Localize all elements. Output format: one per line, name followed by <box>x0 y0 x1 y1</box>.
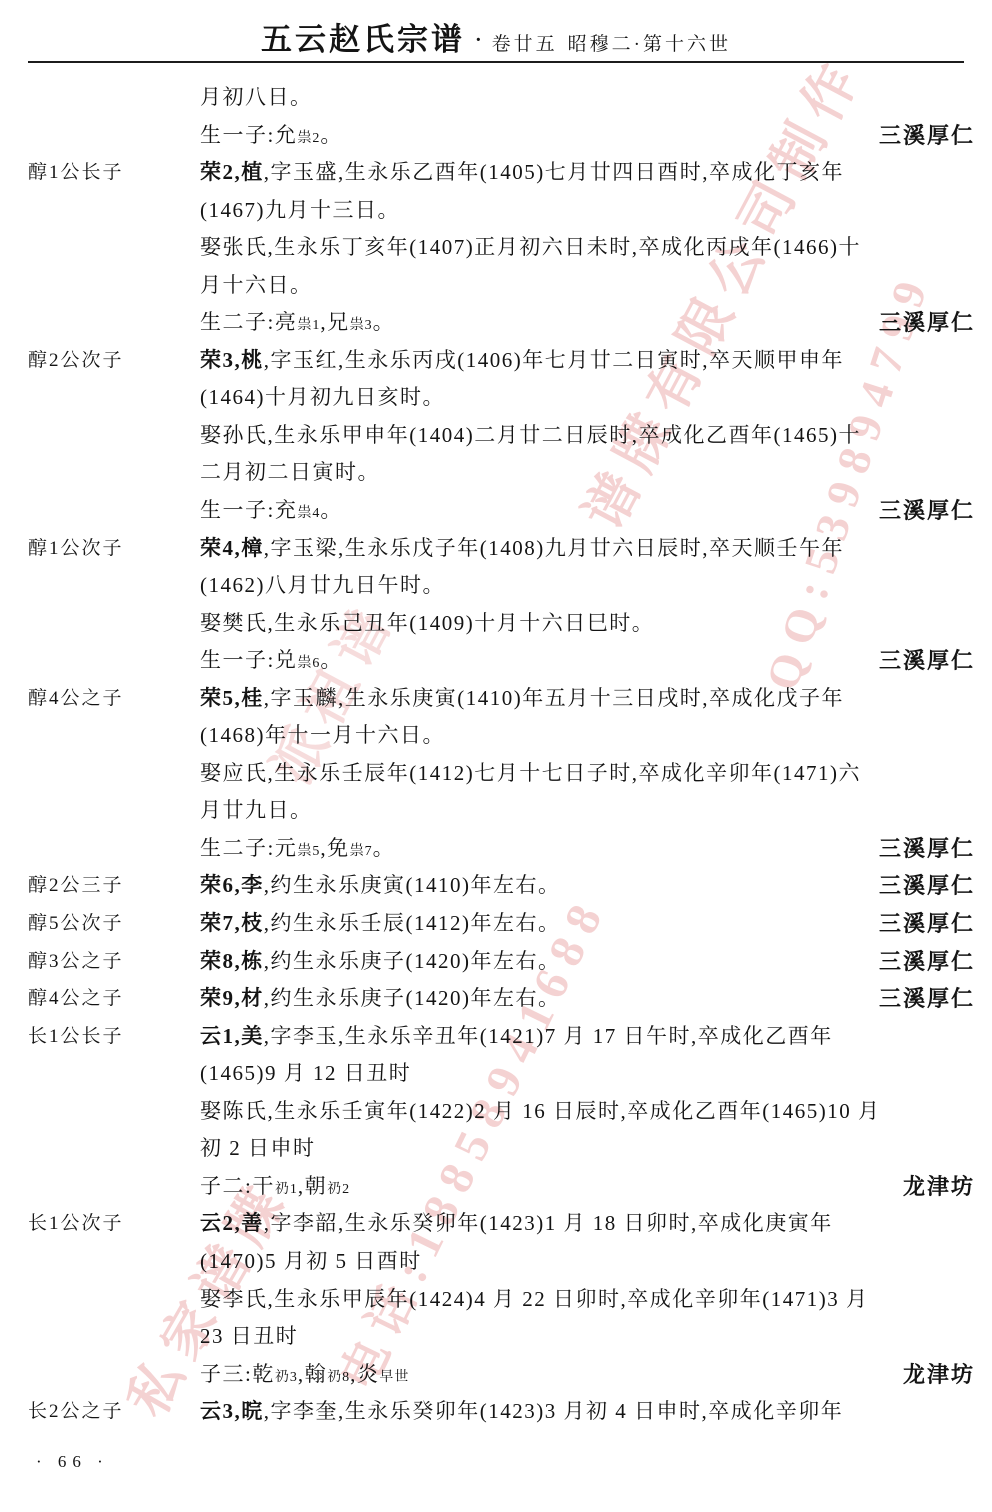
entry-text: 月初八日。 <box>200 79 313 117</box>
entry-text: 荣8,栋,约生永乐庚子(1420)年左右。 <box>200 943 561 981</box>
genealogy-row: 娶张氏,生永乐丁亥年(1407)正月初六日未时,卒成化丙戌年(1466)十 <box>0 229 992 267</box>
hall-name: 三溪厚仁 <box>879 492 975 530</box>
genealogy-row: 月初八日。 <box>0 79 992 117</box>
person-name: 荣4,樟 <box>200 536 264 560</box>
entry-text: 子三:乾礽3,翰礽8,炎早世 <box>200 1356 409 1397</box>
entry-text-run: 子二:干 <box>200 1174 275 1198</box>
genealogy-row: 长1公长子云1,美,字李玉,生永乐辛丑年(1421)7 月 17 日午时,卒成化… <box>0 1018 992 1056</box>
entry-text-run: ,字李奎,生永乐癸卯年(1423)3 月初 4 日申时,卒成化辛卯年 <box>264 1399 844 1423</box>
entry-text: 初 2 日申时 <box>200 1130 316 1168</box>
relation-label: 长2公之子 <box>28 1393 124 1431</box>
relation-label: 醇2公次子 <box>28 342 124 380</box>
genealogy-row: 生一子:兑祟6。三溪厚仁 <box>0 642 992 680</box>
relation-label: 醇1公长子 <box>28 154 124 192</box>
genealogy-row: 娶孙氏,生永乐甲申年(1404)二月廿二日辰时,卒成化乙酉年(1465)十 <box>0 417 992 455</box>
entry-text: 荣2,植,字玉盛,生永乐乙酉年(1405)七月廿四日酉时,卒成化丁亥年 <box>200 154 844 192</box>
person-name: 荣9,材 <box>200 986 264 1010</box>
entry-text: 子二:干礽1,朝礽2 <box>200 1168 350 1209</box>
page-header: 五云赵氏宗谱 · 卷廿五 昭穆二·第十六世 <box>0 14 992 59</box>
genealogy-row: 醇2公次子荣3,桃,字玉红,生永乐丙戌(1406)年七月廿二日寅时,卒天顺甲申年 <box>0 342 992 380</box>
relation-label: 长1公次子 <box>28 1205 124 1243</box>
entry-text-run: 。 <box>373 836 396 860</box>
entry-text-run: ,炎 <box>350 1362 379 1386</box>
genealogy-row: 醇4公之子荣5,桂,字玉麟,生永乐庚寅(1410)年五月十三日戌时,卒成化戊子年 <box>0 680 992 718</box>
entry-text: 云1,美,字李玉,生永乐辛丑年(1421)7 月 17 日午时,卒成化乙酉年 <box>200 1018 833 1056</box>
genealogy-rows: 月初八日。生一子:允祟2。三溪厚仁醇1公长子荣2,植,字玉盛,生永乐乙酉年(14… <box>0 79 992 1431</box>
entry-text-run: 初 2 日申时 <box>200 1136 316 1160</box>
genealogy-row: 初 2 日申时 <box>0 1130 992 1168</box>
genealogy-row: 醇1公长子荣2,植,字玉盛,生永乐乙酉年(1405)七月廿四日酉时,卒成化丁亥年 <box>0 154 992 192</box>
entry-text: 月十六日。 <box>200 267 313 305</box>
generation-small-text: 祟4 <box>297 506 320 521</box>
relation-label: 醇2公三子 <box>28 867 124 905</box>
entry-text-run: 。 <box>320 648 343 672</box>
entry-text-run: 娶应氏,生永乐壬辰年(1412)七月十七日子时,卒成化辛卯年(1471)六 <box>200 761 861 785</box>
genealogy-row: 娶应氏,生永乐壬辰年(1412)七月十七日子时,卒成化辛卯年(1471)六 <box>0 755 992 793</box>
entry-text: 云2,善,字李韶,生永乐癸卯年(1423)1 月 18 日卯时,卒成化庚寅年 <box>200 1205 833 1243</box>
genealogy-row: 月廿九日。 <box>0 792 992 830</box>
generation-small-text: 祟3 <box>350 318 373 333</box>
entry-text-run: 娶陈氏,生永乐壬寅年(1422)2 月 16 日辰时,卒成化乙酉年(1465)1… <box>200 1099 880 1123</box>
generation-small-text: 祟7 <box>350 844 373 859</box>
hall-name: 三溪厚仁 <box>879 830 975 868</box>
entry-text: (1462)八月廿九日午时。 <box>200 567 445 605</box>
generation-small-text: 礽2 <box>327 1182 350 1197</box>
entry-text-run: 23 日丑时 <box>200 1324 298 1348</box>
entry-text: 娶李氏,生永乐甲辰年(1424)4 月 22 日卯时,卒成化辛卯年(1471)3… <box>200 1281 868 1319</box>
genealogy-row: 子二:干礽1,朝礽2龙津坊 <box>0 1168 992 1206</box>
entry-text: 二月初二日寅时。 <box>200 454 380 492</box>
entry-text-run: 。 <box>320 123 343 147</box>
entry-text-run: 娶孙氏,生永乐甲申年(1404)二月廿二日辰时,卒成化乙酉年(1465)十 <box>200 423 861 447</box>
hall-name: 三溪厚仁 <box>879 867 975 905</box>
genealogy-row: (1470)5 月初 5 日酉时 <box>0 1243 992 1281</box>
entry-text-run: 。 <box>373 310 396 334</box>
entry-text: (1468)年十一月十六日。 <box>200 717 445 755</box>
generation-small-text: 祟5 <box>297 844 320 859</box>
entry-text-run: ,兄 <box>320 310 349 334</box>
entry-text: (1465)9 月 12 日丑时 <box>200 1055 411 1093</box>
entry-text-run: 生一子:充 <box>200 498 297 522</box>
entry-text-run: 月十六日。 <box>200 273 313 297</box>
entry-text: 荣7,枝,约生永乐壬辰(1412)年左右。 <box>200 905 561 943</box>
entry-text: 生二子:亮祟1,兄祟3。 <box>200 304 395 345</box>
entry-text-run: 。 <box>320 498 343 522</box>
entry-text-run: ,约生永乐庚子(1420)年左右。 <box>264 949 561 973</box>
person-name: 荣7,枝 <box>200 911 264 935</box>
genealogy-row: 生一子:允祟2。三溪厚仁 <box>0 117 992 155</box>
entry-text-run: 二月初二日寅时。 <box>200 460 380 484</box>
genealogy-row: 娶樊氏,生永乐己丑年(1409)十月十六日巳时。 <box>0 605 992 643</box>
genealogy-page: { "header": { "title": "五云赵氏宗谱", "separa… <box>0 0 992 1512</box>
entry-text: 娶孙氏,生永乐甲申年(1404)二月廿二日辰时,卒成化乙酉年(1465)十 <box>200 417 861 455</box>
relation-label: 醇5公次子 <box>28 905 124 943</box>
genealogy-row: 子三:乾礽3,翰礽8,炎早世龙津坊 <box>0 1356 992 1394</box>
genealogy-row: 醇3公之子荣8,栋,约生永乐庚子(1420)年左右。三溪厚仁 <box>0 943 992 981</box>
entry-text-run: (1465)9 月 12 日丑时 <box>200 1061 411 1085</box>
entry-text-run: ,字李玉,生永乐辛丑年(1421)7 月 17 日午时,卒成化乙酉年 <box>264 1024 833 1048</box>
entry-text: 荣6,李,约生永乐庚寅(1410)年左右。 <box>200 867 561 905</box>
hall-name: 龙津坊 <box>903 1356 975 1394</box>
entry-text: 生一子:充祟4。 <box>200 492 343 533</box>
generation-small-text: 礽8 <box>327 1370 350 1385</box>
genealogy-row: (1467)九月十三日。 <box>0 192 992 230</box>
entry-text: 荣4,樟,字玉梁,生永乐戊子年(1408)九月廿六日辰时,卒天顺壬午年 <box>200 530 844 568</box>
entry-text: 生一子:兑祟6。 <box>200 642 343 683</box>
generation-small-text: 礽3 <box>275 1370 298 1385</box>
entry-text-run: ,字李韶,生永乐癸卯年(1423)1 月 18 日卯时,卒成化庚寅年 <box>264 1211 833 1235</box>
genealogy-row: 醇1公次子荣4,樟,字玉梁,生永乐戊子年(1408)九月廿六日辰时,卒天顺壬午年 <box>0 530 992 568</box>
hall-name: 龙津坊 <box>903 1168 975 1206</box>
entry-text-run: ,字玉盛,生永乐乙酉年(1405)七月廿四日酉时,卒成化丁亥年 <box>264 160 844 184</box>
entry-text: 23 日丑时 <box>200 1318 298 1356</box>
person-name: 荣6,李 <box>200 873 264 897</box>
entry-text: 娶樊氏,生永乐己丑年(1409)十月十六日巳时。 <box>200 605 654 643</box>
genealogy-row: (1464)十月初九日亥时。 <box>0 379 992 417</box>
person-name: 荣2,植 <box>200 160 264 184</box>
entry-text-run: ,字玉梁,生永乐戊子年(1408)九月廿六日辰时,卒天顺壬午年 <box>264 536 844 560</box>
hall-name: 三溪厚仁 <box>879 905 975 943</box>
entry-text-run: ,约生永乐庚寅(1410)年左右。 <box>264 873 561 897</box>
entry-text: 荣5,桂,字玉麟,生永乐庚寅(1410)年五月十三日戌时,卒成化戊子年 <box>200 680 844 718</box>
genealogy-row: 娶李氏,生永乐甲辰年(1424)4 月 22 日卯时,卒成化辛卯年(1471)3… <box>0 1281 992 1319</box>
genealogy-row: 醇4公之子荣9,材,约生永乐庚子(1420)年左右。三溪厚仁 <box>0 980 992 1018</box>
relation-label: 长1公长子 <box>28 1018 124 1056</box>
entry-text-run: 生二子:亮 <box>200 310 297 334</box>
hall-name: 三溪厚仁 <box>879 117 975 155</box>
genealogy-row: 月十六日。 <box>0 267 992 305</box>
entry-text-run: (1464)十月初九日亥时。 <box>200 385 445 409</box>
genealogy-row: 娶陈氏,生永乐壬寅年(1422)2 月 16 日辰时,卒成化乙酉年(1465)1… <box>0 1093 992 1131</box>
entry-text: 云3,晥,字李奎,生永乐癸卯年(1423)3 月初 4 日申时,卒成化辛卯年 <box>200 1393 843 1431</box>
generation-small-text: 礽1 <box>275 1182 298 1197</box>
relation-label: 醇4公之子 <box>28 680 124 718</box>
book-title: 五云赵氏宗谱 <box>261 14 465 59</box>
entry-text: (1464)十月初九日亥时。 <box>200 379 445 417</box>
entry-text-run: (1462)八月廿九日午时。 <box>200 573 445 597</box>
genealogy-row: (1468)年十一月十六日。 <box>0 717 992 755</box>
entry-text-run: ,字玉麟,生永乐庚寅(1410)年五月十三日戌时,卒成化戊子年 <box>264 686 844 710</box>
relation-label: 醇1公次子 <box>28 530 124 568</box>
genealogy-row: 长2公之子云3,晥,字李奎,生永乐癸卯年(1423)3 月初 4 日申时,卒成化… <box>0 1393 992 1431</box>
entry-text-run: 生一子:允 <box>200 123 297 147</box>
entry-text-run: 娶樊氏,生永乐己丑年(1409)十月十六日巳时。 <box>200 611 654 635</box>
entry-text-run: (1467)九月十三日。 <box>200 198 400 222</box>
person-name: 云1,美 <box>200 1024 264 1048</box>
entry-text-run: 生二子:元 <box>200 836 297 860</box>
hall-name: 三溪厚仁 <box>879 943 975 981</box>
genealogy-row: 生一子:充祟4。三溪厚仁 <box>0 492 992 530</box>
hall-name: 三溪厚仁 <box>879 642 975 680</box>
entry-text-run: 娶张氏,生永乐丁亥年(1407)正月初六日未时,卒成化丙戌年(1466)十 <box>200 235 861 259</box>
generation-small-text: 祟2 <box>297 131 320 146</box>
entry-text: 生二子:元祟5,免祟7。 <box>200 830 395 871</box>
generation-small-text: 祟1 <box>297 318 320 333</box>
entry-text: 荣3,桃,字玉红,生永乐丙戌(1406)年七月廿二日寅时,卒天顺甲申年 <box>200 342 844 380</box>
genealogy-row: 醇5公次子荣7,枝,约生永乐壬辰(1412)年左右。三溪厚仁 <box>0 905 992 943</box>
entry-text-run: ,约生永乐庚子(1420)年左右。 <box>264 986 561 1010</box>
person-name: 荣8,栋 <box>200 949 264 973</box>
entry-text: (1467)九月十三日。 <box>200 192 400 230</box>
entry-text-run: 娶李氏,生永乐甲辰年(1424)4 月 22 日卯时,卒成化辛卯年(1471)3… <box>200 1287 868 1311</box>
person-name: 云3,晥 <box>200 1399 264 1423</box>
entry-text: 娶应氏,生永乐壬辰年(1412)七月十七日子时,卒成化辛卯年(1471)六 <box>200 755 861 793</box>
section-label: 昭穆二·第十六世 <box>568 29 731 56</box>
relation-label: 醇4公之子 <box>28 980 124 1018</box>
genealogy-row: (1465)9 月 12 日丑时 <box>0 1055 992 1093</box>
entry-text-run: 子三:乾 <box>200 1362 275 1386</box>
entry-text: 娶陈氏,生永乐壬寅年(1422)2 月 16 日辰时,卒成化乙酉年(1465)1… <box>200 1093 880 1131</box>
entry-text-run: ,约生永乐壬辰(1412)年左右。 <box>264 911 561 935</box>
generation-small-text: 早世 <box>379 1370 409 1385</box>
genealogy-row: 23 日丑时 <box>0 1318 992 1356</box>
person-name: 云2,善 <box>200 1211 264 1235</box>
entry-text: 生一子:允祟2。 <box>200 117 343 158</box>
entry-text-run: (1468)年十一月十六日。 <box>200 723 445 747</box>
genealogy-row: (1462)八月廿九日午时。 <box>0 567 992 605</box>
person-name: 荣3,桃 <box>200 348 264 372</box>
entry-text: 荣9,材,约生永乐庚子(1420)年左右。 <box>200 980 561 1018</box>
volume-label: 卷廿五 <box>492 29 558 56</box>
hall-name: 三溪厚仁 <box>879 304 975 342</box>
generation-small-text: 祟6 <box>297 656 320 671</box>
entry-text-run: 生一子:兑 <box>200 648 297 672</box>
entry-text-run: 月廿九日。 <box>200 798 313 822</box>
entry-text-run: (1470)5 月初 5 日酉时 <box>200 1249 422 1273</box>
person-name: 荣5,桂 <box>200 686 264 710</box>
title-dot-separator: · <box>475 29 482 52</box>
entry-text-run: ,免 <box>320 836 349 860</box>
hall-name: 三溪厚仁 <box>879 980 975 1018</box>
entry-text-run: ,翰 <box>298 1362 327 1386</box>
entry-text-run: 月初八日。 <box>200 85 313 109</box>
entry-text-run: ,朝 <box>298 1174 327 1198</box>
header-divider-line <box>28 61 964 63</box>
genealogy-row: 长1公次子云2,善,字李韶,生永乐癸卯年(1423)1 月 18 日卯时,卒成化… <box>0 1205 992 1243</box>
entry-text: 娶张氏,生永乐丁亥年(1407)正月初六日未时,卒成化丙戌年(1466)十 <box>200 229 861 267</box>
genealogy-row: 醇2公三子荣6,李,约生永乐庚寅(1410)年左右。三溪厚仁 <box>0 867 992 905</box>
relation-label: 醇3公之子 <box>28 943 124 981</box>
genealogy-row: 生二子:亮祟1,兄祟3。三溪厚仁 <box>0 304 992 342</box>
page-number: · 66 · <box>36 1452 109 1472</box>
entry-text-run: ,字玉红,生永乐丙戌(1406)年七月廿二日寅时,卒天顺甲申年 <box>264 348 844 372</box>
entry-text: 月廿九日。 <box>200 792 313 830</box>
entry-text: (1470)5 月初 5 日酉时 <box>200 1243 422 1281</box>
genealogy-row: 二月初二日寅时。 <box>0 454 992 492</box>
genealogy-row: 生二子:元祟5,免祟7。三溪厚仁 <box>0 830 992 868</box>
